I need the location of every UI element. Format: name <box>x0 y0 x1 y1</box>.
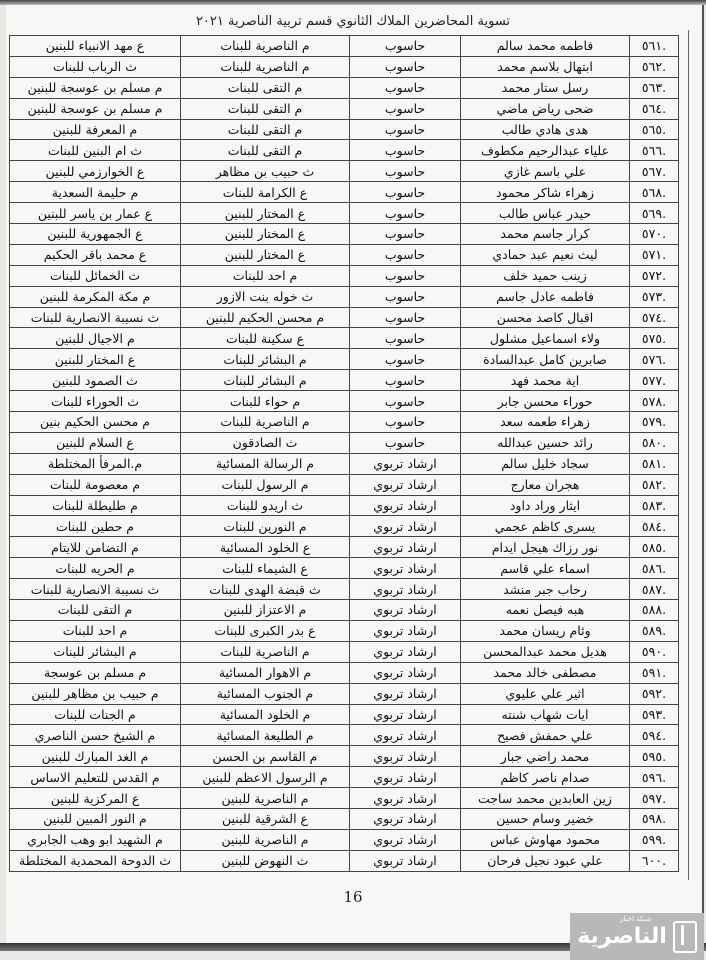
current-school: ع الشيماء للبنات <box>181 558 350 579</box>
current-school: ث الصادقون <box>181 432 350 453</box>
current-school: ع بدر الكبرى للبنات <box>181 620 350 641</box>
current-school: ث خوله بنت الازور <box>181 286 350 307</box>
specialization: حاسوب <box>350 56 461 77</box>
destination-school: م مسلم بن عوسجة للبنين <box>10 77 181 98</box>
row-number: .٥٧٠ <box>630 224 679 245</box>
destination-school: م الاجيال للبنين <box>10 328 181 349</box>
row-number: .٥٩٨ <box>630 808 679 829</box>
teachers-table: .٥٦١فاطمه محمد سالمحاسوبم الناصرية للبنا… <box>9 35 679 872</box>
specialization: حاسوب <box>350 244 461 265</box>
table-row: .٥٦٣رسل ستار محمدحاسوبم التقى للبناتم مس… <box>10 77 679 98</box>
teacher-name: علياء عبدالرحيم مكطوف <box>461 140 630 161</box>
current-school: ع سكينة للبنات <box>181 328 350 349</box>
table-row: .٥٧٥ولاء اسماعيل مشلولحاسوبع سكينة للبنا… <box>10 328 679 349</box>
table-row: .٥٦٩حيدر عباس طالبحاسوبع المختار للبنينع… <box>10 203 679 224</box>
current-school: م الاعتزاز للبنين <box>181 600 350 621</box>
table-row: .٥٧٢زينب حميد خلفحاسوبم احد للبناتث الخم… <box>10 265 679 286</box>
current-school: م الناصرية للبنات <box>181 412 350 433</box>
specialization: حاسوب <box>350 77 461 98</box>
teacher-name: ابتهال بلاسم محمد <box>461 56 630 77</box>
destination-school: م احد للبنات <box>10 620 181 641</box>
destination-school: ع الخوارزمي للبنين <box>10 161 181 182</box>
current-school: ع المختار للبنين <box>181 203 350 224</box>
specialization: ارشاد تربوي <box>350 600 461 621</box>
current-school: م الخلود المسائية <box>181 704 350 725</box>
destination-school: م الشيخ حسن الناصري <box>10 725 181 746</box>
current-school: م الناصرية للبنين <box>181 829 350 850</box>
row-number: .٦٠٠ <box>630 850 679 871</box>
current-school: م الناصرية للبنات <box>181 641 350 662</box>
logo-icon <box>673 921 697 953</box>
current-school: م الرسول للبنات <box>181 474 350 495</box>
row-number: .٥٨٣ <box>630 495 679 516</box>
current-school: ث النهوض للبنين <box>181 850 350 871</box>
current-school: م الرسول الاعظم للبنين <box>181 767 350 788</box>
destination-school: م مسلم بن عوسجة <box>10 662 181 683</box>
destination-school: ث الصمود للبنين <box>10 370 181 391</box>
specialization: ارشاد تربوي <box>350 558 461 579</box>
specialization: حاسوب <box>350 391 461 412</box>
destination-school: م حطين للبنات <box>10 516 181 537</box>
destination-school: م مسلم بن عوسجة للبنين <box>10 98 181 119</box>
destination-school: م الجنات للبنات <box>10 704 181 725</box>
table-row: .٥٨٥نور رزاك هيجل ايدامارشاد تربويع الخل… <box>10 537 679 558</box>
row-number: .٥٨٢ <box>630 474 679 495</box>
current-school: ع الشرقية للبنين <box>181 808 350 829</box>
current-school: م التقى للبنات <box>181 77 350 98</box>
row-number: .٥٩٩ <box>630 829 679 850</box>
teacher-name: زهراء شاكر محمود <box>461 182 630 203</box>
current-school: ث حبيب بن مظاهر <box>181 161 350 182</box>
table-row: .٥٧١ليث نعيم عبد حماديحاسوبع المختار للب… <box>10 244 679 265</box>
table-row: .٥٩٣ايات شهاب شنتهارشاد تربويم الخلود ال… <box>10 704 679 725</box>
specialization: حاسوب <box>350 265 461 286</box>
specialization: ارشاد تربوي <box>350 662 461 683</box>
row-number: .٥٧٩ <box>630 412 679 433</box>
destination-school: ث الدوحة المحمدية المختلطة <box>10 850 181 871</box>
teacher-name: فاطمه عادل جاسم <box>461 286 630 307</box>
teacher-name: هدى هادي طالب <box>461 119 630 140</box>
specialization: حاسوب <box>350 370 461 391</box>
destination-school: م الشهيد ابو وهب الجابري <box>10 829 181 850</box>
specialization: حاسوب <box>350 161 461 182</box>
current-school: م التقى للبنات <box>181 140 350 161</box>
specialization: حاسوب <box>350 432 461 453</box>
destination-school: ع المركزية للبنين <box>10 788 181 809</box>
destination-school: م محسن الحكيم بنين <box>10 412 181 433</box>
teacher-name: علي عبود نجيل فرحان <box>461 850 630 871</box>
teacher-name: هبه فيصل نعمه <box>461 600 630 621</box>
current-school: ع الخلود المسائية <box>181 537 350 558</box>
table-row: .٥٩٧زين العابدين محمد ساجتارشاد تربويم ا… <box>10 788 679 809</box>
teacher-name: صدام ناصر كاظم <box>461 767 630 788</box>
current-school: م الطليعة المسائية <box>181 725 350 746</box>
specialization: ارشاد تربوي <box>350 829 461 850</box>
row-number: .٥٧٣ <box>630 286 679 307</box>
table-row: .٥٦٧علي باسم غازيحاسوبث حبيب بن مظاهرع ا… <box>10 161 679 182</box>
row-number: .٥٧٤ <box>630 307 679 328</box>
current-school: ث اريدو للبنات <box>181 495 350 516</box>
current-school: ع المختار للبنين <box>181 224 350 245</box>
teacher-name: علي حمفش فصيح <box>461 725 630 746</box>
row-number: .٥٨٦ <box>630 558 679 579</box>
current-school: م القاسم بن الحسن <box>181 746 350 767</box>
teacher-name: كرار جاسم محمد <box>461 224 630 245</box>
specialization: ارشاد تربوي <box>350 537 461 558</box>
specialization: حاسوب <box>350 203 461 224</box>
row-number: .٥٦٤ <box>630 98 679 119</box>
destination-school: ث نسيبة الانصارية للبنات <box>10 307 181 328</box>
teacher-name: محمد راضي جبار <box>461 746 630 767</box>
destination-school: م.المرفأ المختلطة <box>10 453 181 474</box>
teacher-name: ضحى رياض ماضي <box>461 98 630 119</box>
specialization: حاسوب <box>350 98 461 119</box>
current-school: م الناصرية للبنات <box>181 56 350 77</box>
table-row: .٥٩٩محمود مهاوش عباسارشاد تربويم الناصري… <box>10 829 679 850</box>
specialization: حاسوب <box>350 307 461 328</box>
specialization: ارشاد تربوي <box>350 767 461 788</box>
row-number: .٥٩٠ <box>630 641 679 662</box>
teacher-name: حوراء محسن جابر <box>461 391 630 412</box>
row-number: .٥٦٢ <box>630 56 679 77</box>
table-row: .٥٩٥محمد راضي جبارارشاد تربويم القاسم بن… <box>10 746 679 767</box>
specialization: ارشاد تربوي <box>350 704 461 725</box>
current-school: ع الكرامة للبنات <box>181 182 350 203</box>
row-number: .٥٩٧ <box>630 788 679 809</box>
teacher-name: اية محمد فهد <box>461 370 630 391</box>
teacher-name: زين العابدين محمد ساجت <box>461 788 630 809</box>
specialization: حاسوب <box>350 119 461 140</box>
specialization: ارشاد تربوي <box>350 746 461 767</box>
specialization: ارشاد تربوي <box>350 683 461 704</box>
row-number: .٥٨١ <box>630 453 679 474</box>
row-number: .٥٩٢ <box>630 683 679 704</box>
specialization: حاسوب <box>350 286 461 307</box>
current-school: م الناصرية للبنات <box>181 36 350 57</box>
row-number: .٥٧٦ <box>630 349 679 370</box>
row-number: .٥٩٥ <box>630 746 679 767</box>
table-row: .٥٩٠هديل محمد عبدالمحسنارشاد تربويم النا… <box>10 641 679 662</box>
specialization: ارشاد تربوي <box>350 620 461 641</box>
specialization: حاسوب <box>350 140 461 161</box>
teacher-name: مصطفى خالد محمد <box>461 662 630 683</box>
table-row: .٥٦١فاطمه محمد سالمحاسوبم الناصرية للبنا… <box>10 36 679 57</box>
specialization: ارشاد تربوي <box>350 725 461 746</box>
table-row: .٥٧٩زهراء طعمه سعدحاسوبم الناصرية للبنات… <box>10 412 679 433</box>
row-number: .٥٦٧ <box>630 161 679 182</box>
destination-school: م حبيب بن مظاهر للبنين <box>10 683 181 704</box>
teacher-name: صابرين كامل عبدالسادة <box>461 349 630 370</box>
row-number: .٥٩٤ <box>630 725 679 746</box>
destination-school: م الحريه للبنات <box>10 558 181 579</box>
teacher-name: خضير وسام حسين <box>461 808 630 829</box>
teacher-name: رائد حسين عبدالله <box>461 432 630 453</box>
current-school: م الاهوار المسائية <box>181 662 350 683</box>
destination-school: م مكة المكرمة للبنين <box>10 286 181 307</box>
row-number: .٥٩٣ <box>630 704 679 725</box>
table-row: .٥٨١سجاد خليل سالمارشاد تربويم الرسالة ا… <box>10 453 679 474</box>
destination-school: م القدس للتعليم الاساس <box>10 767 181 788</box>
current-school: م محسن الحكيم للبنين <box>181 307 350 328</box>
current-school: م التقى للبنات <box>181 98 350 119</box>
row-number: .٥٨٠ <box>630 432 679 453</box>
row-number: .٥٧١ <box>630 244 679 265</box>
teacher-name: فاطمه محمد سالم <box>461 36 630 57</box>
teacher-name: نور رزاك هيجل ايدام <box>461 537 630 558</box>
destination-school: ع مهد الانبياء للبنين <box>10 36 181 57</box>
specialization: حاسوب <box>350 412 461 433</box>
teacher-name: ليث نعيم عبد حمادي <box>461 244 630 265</box>
row-number: .٥٦٨ <box>630 182 679 203</box>
table-row: .٥٧٦صابرين كامل عبدالسادةحاسوبم البشائر … <box>10 349 679 370</box>
table-row: .٥٨٠رائد حسين عبداللهحاسوبث الصادقونع ال… <box>10 432 679 453</box>
row-number: .٥٩٦ <box>630 767 679 788</box>
table-row: .٥٦٨زهراء شاكر محمودحاسوبع الكرامة للبنا… <box>10 182 679 203</box>
teacher-name: وئام ريسان محمد <box>461 620 630 641</box>
row-number: .٥٧٥ <box>630 328 679 349</box>
teacher-name: رسل ستار محمد <box>461 77 630 98</box>
teacher-name: هجران معارج <box>461 474 630 495</box>
table-row: .٥٧٠كرار جاسم محمدحاسوبع المختار للبنينع… <box>10 224 679 245</box>
current-school: م احد للبنات <box>181 265 350 286</box>
scan-edge-top <box>0 0 706 5</box>
teacher-name: علي باسم غازي <box>461 161 630 182</box>
destination-school: م التقى للبنات <box>10 600 181 621</box>
row-number: .٥٦٩ <box>630 203 679 224</box>
row-number: .٥٨٩ <box>630 620 679 641</box>
teacher-name: يسرى كاظم عجمي <box>461 516 630 537</box>
specialization: حاسوب <box>350 36 461 57</box>
destination-school: ث الخمائل للبنات <box>10 265 181 286</box>
row-number: .٥٧٧ <box>630 370 679 391</box>
teacher-name: زينب حميد خلف <box>461 265 630 286</box>
specialization: حاسوب <box>350 182 461 203</box>
destination-school: ث ام البنين للبنات <box>10 140 181 161</box>
current-school: م الجنوب المسائية <box>181 683 350 704</box>
teacher-name: ولاء اسماعيل مشلول <box>461 328 630 349</box>
current-school: م الرسالة المسائية <box>181 453 350 474</box>
table-row: .٥٦٦علياء عبدالرحيم مكطوفحاسوبم التقى لل… <box>10 140 679 161</box>
table-row: .٥٩٤علي حمفش فصيحارشاد تربويم الطليعة ال… <box>10 725 679 746</box>
specialization: ارشاد تربوي <box>350 788 461 809</box>
teacher-name: هديل محمد عبدالمحسن <box>461 641 630 662</box>
row-number: .٥٦٥ <box>630 119 679 140</box>
row-number: .٥٨٤ <box>630 516 679 537</box>
table-row: .٥٨٩وئام ريسان محمدارشاد تربويع بدر الكب… <box>10 620 679 641</box>
specialization: ارشاد تربوي <box>350 453 461 474</box>
destination-school: ث الحوراء للبنات <box>10 391 181 412</box>
table-row: .٥٨٧رحاب جبر منشدارشاد تربويث قبضة الهدى… <box>10 579 679 600</box>
destination-school: ع عمار بن ياسر للبنين <box>10 203 181 224</box>
row-number: .٥٨٨ <box>630 600 679 621</box>
destination-school: م الغد المبارك للبنين <box>10 746 181 767</box>
teacher-name: رحاب جبر منشد <box>461 579 630 600</box>
table-row: .٥٨٦اسماء علي قاسمارشاد تربويع الشيماء ل… <box>10 558 679 579</box>
page-number: 16 <box>0 888 706 906</box>
specialization: حاسوب <box>350 224 461 245</box>
teacher-name: حيدر عباس طالب <box>461 203 630 224</box>
current-school: ع المختار للبنين <box>181 244 350 265</box>
teacher-name: محمود مهاوش عباس <box>461 829 630 850</box>
specialization: ارشاد تربوي <box>350 850 461 871</box>
current-school: م الناصرية للبنين <box>181 788 350 809</box>
destination-school: ع المختار للبنين <box>10 349 181 370</box>
destination-school: ث الرباب للبنات <box>10 56 181 77</box>
destination-school: ع محمد باقر الحكيم <box>10 244 181 265</box>
current-school: ث قبضة الهدى للبنات <box>181 579 350 600</box>
specialization: ارشاد تربوي <box>350 808 461 829</box>
destination-school: ع الجمهورية للبنين <box>10 224 181 245</box>
teacher-name: اقبال كاصد محسن <box>461 307 630 328</box>
current-school: م حواء للبنات <box>181 391 350 412</box>
row-number: .٥٦٦ <box>630 140 679 161</box>
destination-school: م المعرفة للبنين <box>10 119 181 140</box>
watermark-logo: شبكة اخبار الناصرية <box>570 913 704 960</box>
specialization: حاسوب <box>350 349 461 370</box>
table-row: .٥٨٨هبه فيصل نعمهارشاد تربويم الاعتزاز ل… <box>10 600 679 621</box>
row-number: .٥٧٨ <box>630 391 679 412</box>
destination-school: م البشائر للبنات <box>10 641 181 662</box>
table-row: .٥٦٥هدى هادي طالبحاسوبم التقى للبناتم ال… <box>10 119 679 140</box>
table-row: .٥٩٦صدام ناصر كاظمارشاد تربويم الرسول ال… <box>10 767 679 788</box>
destination-school: ث نسيبة الانصارية للبنات <box>10 579 181 600</box>
teacher-name: سجاد خليل سالم <box>461 453 630 474</box>
current-school: م البشائر للبنات <box>181 370 350 391</box>
destination-school: ع السلام للبنين <box>10 432 181 453</box>
destination-school: م معصومة للبنات <box>10 474 181 495</box>
table-row: .٦٠٠علي عبود نجيل فرحانارشاد تربويث النه… <box>10 850 679 871</box>
current-school: م التقى للبنات <box>181 119 350 140</box>
table-row: .٥٧٣فاطمه عادل جاسمحاسوبث خوله بنت الازو… <box>10 286 679 307</box>
teacher-name: اثير علي عليوي <box>461 683 630 704</box>
specialization: حاسوب <box>350 328 461 349</box>
teacher-name: زهراء طعمه سعد <box>461 412 630 433</box>
table-row: .٥٦٢ابتهال بلاسم محمدحاسوبم الناصرية للب… <box>10 56 679 77</box>
destination-school: م حليمة السعدية <box>10 182 181 203</box>
table-row: .٥٨٢هجران معارجارشاد تربويم الرسول للبنا… <box>10 474 679 495</box>
row-number: .٥٧٢ <box>630 265 679 286</box>
table-row: .٥٧٨حوراء محسن جابرحاسوبم حواء للبناتث ا… <box>10 391 679 412</box>
current-school: م النورين للبنات <box>181 516 350 537</box>
specialization: ارشاد تربوي <box>350 641 461 662</box>
specialization: ارشاد تربوي <box>350 474 461 495</box>
table-row: .٥٦٤ضحى رياض ماضيحاسوبم التقى للبناتم مس… <box>10 98 679 119</box>
teacher-name: ايثار وراد داود <box>461 495 630 516</box>
specialization: ارشاد تربوي <box>350 579 461 600</box>
watermark-text: الناصرية <box>577 924 667 949</box>
destination-school: م النور المبين للبنين <box>10 808 181 829</box>
table-row: .٥٩٢اثير علي عليويارشاد تربويم الجنوب ال… <box>10 683 679 704</box>
table-row: .٥٧٧اية محمد فهدحاسوبم البشائر للبناتث ا… <box>10 370 679 391</box>
destination-school: م طليطلة للبنات <box>10 495 181 516</box>
specialization: ارشاد تربوي <box>350 495 461 516</box>
row-number: .٥٨٧ <box>630 579 679 600</box>
teacher-name: ايات شهاب شنته <box>461 704 630 725</box>
current-school: م البشائر للبنات <box>181 349 350 370</box>
row-number: .٥٩١ <box>630 662 679 683</box>
table-row: .٥٩٨خضير وسام حسينارشاد تربويع الشرقية ل… <box>10 808 679 829</box>
row-number: .٥٦٣ <box>630 77 679 98</box>
table-row: .٥٨٣ايثار وراد داودارشاد تربويث اريدو لل… <box>10 495 679 516</box>
table-row: .٥٩١مصطفى خالد محمدارشاد تربويم الاهوار … <box>10 662 679 683</box>
teacher-name: اسماء علي قاسم <box>461 558 630 579</box>
page-title: تسوية المحاضرين الملاك الثانوي قسم تربية… <box>0 14 706 29</box>
row-number: .٥٨٥ <box>630 537 679 558</box>
watermark-subtitle: شبكة اخبار <box>620 915 652 923</box>
destination-school: م التضامن للايتام <box>10 537 181 558</box>
table-row: .٥٨٤يسرى كاظم عجميارشاد تربويم النورين ل… <box>10 516 679 537</box>
page-border <box>688 30 689 880</box>
specialization: ارشاد تربوي <box>350 516 461 537</box>
row-number: .٥٦١ <box>630 36 679 57</box>
table-row: .٥٧٤اقبال كاصد محسنحاسوبم محسن الحكيم لل… <box>10 307 679 328</box>
